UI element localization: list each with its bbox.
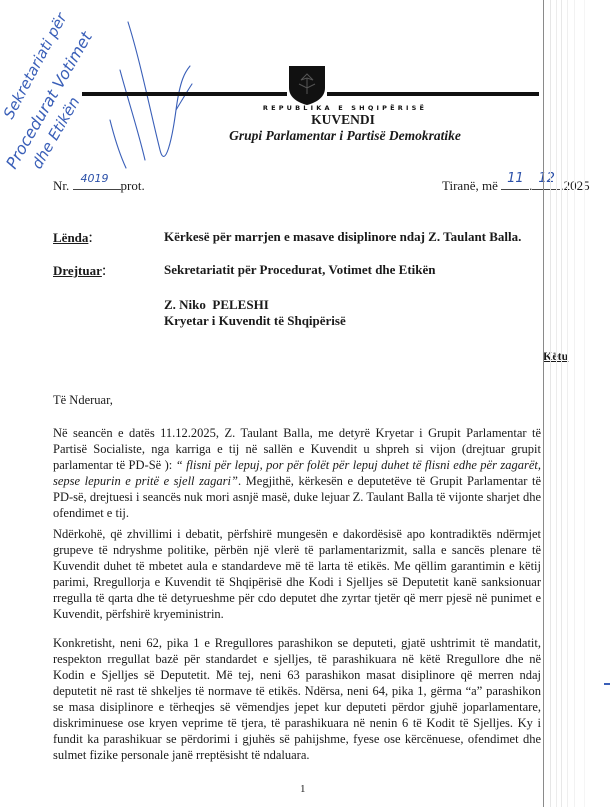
addressee-label: Drejtuar: [53, 262, 106, 280]
date-month: 12 [538, 171, 555, 186]
scan-line [584, 0, 585, 807]
albanian-eagle-emblem-icon [287, 64, 327, 106]
protocol-number: Nr. 4019prot. [53, 176, 145, 194]
header-rule-left [82, 92, 287, 96]
addressee-text: Sekretariatit për Procedurat, Votimet dh… [164, 262, 436, 278]
scan-line [550, 0, 551, 807]
handwritten-note: Sekretariati për Procedurat Votimet dhe … [0, 0, 230, 200]
date-prefix: Tiranë, më [442, 178, 498, 193]
addressee-name: Z. Niko PELESHI [164, 297, 269, 313]
ink-mark [604, 683, 610, 685]
subject-label-text: Lënda [53, 230, 88, 245]
date-day-field: 11 [501, 176, 529, 190]
institution-heading: KUVENDI [230, 112, 456, 128]
protocol-prefix: Nr. [53, 178, 69, 193]
page-number: 1 [300, 783, 306, 795]
addressee-label-text: Drejtuar [53, 263, 102, 278]
subject-label: Lënda: [53, 229, 93, 247]
scan-line [543, 0, 544, 807]
header-rule-right [327, 92, 539, 96]
scan-line [567, 0, 568, 807]
protocol-suffix: prot. [121, 178, 145, 193]
addressee-title: Kryetar i Kuvendit të Shqipërisë [164, 313, 346, 329]
paragraph-3: Konkretisht, neni 62, pika 1 e Rregullor… [53, 635, 541, 763]
republic-heading: REPUBLIKA E SHQIPËRISË [230, 104, 460, 112]
protocol-number-value: 4019 [81, 172, 109, 185]
scan-line [561, 0, 562, 807]
greeting: Të Nderuar, [53, 393, 113, 408]
subject-text: Kërkesë për marrjen e masave disiplinore… [164, 229, 521, 245]
scan-line [574, 0, 575, 807]
group-heading: Grupi Parlamentar i Partisë Demokratike [180, 128, 510, 144]
scan-line [556, 0, 557, 807]
protocol-number-field: 4019 [73, 176, 121, 190]
paragraph-2: Ndërkohë, që zhvillimi i debatit, përfsh… [53, 526, 541, 622]
paragraph-1: Në seancën e datës 11.12.2025, Z. Taulan… [53, 425, 541, 521]
date-day: 11 [507, 171, 524, 186]
